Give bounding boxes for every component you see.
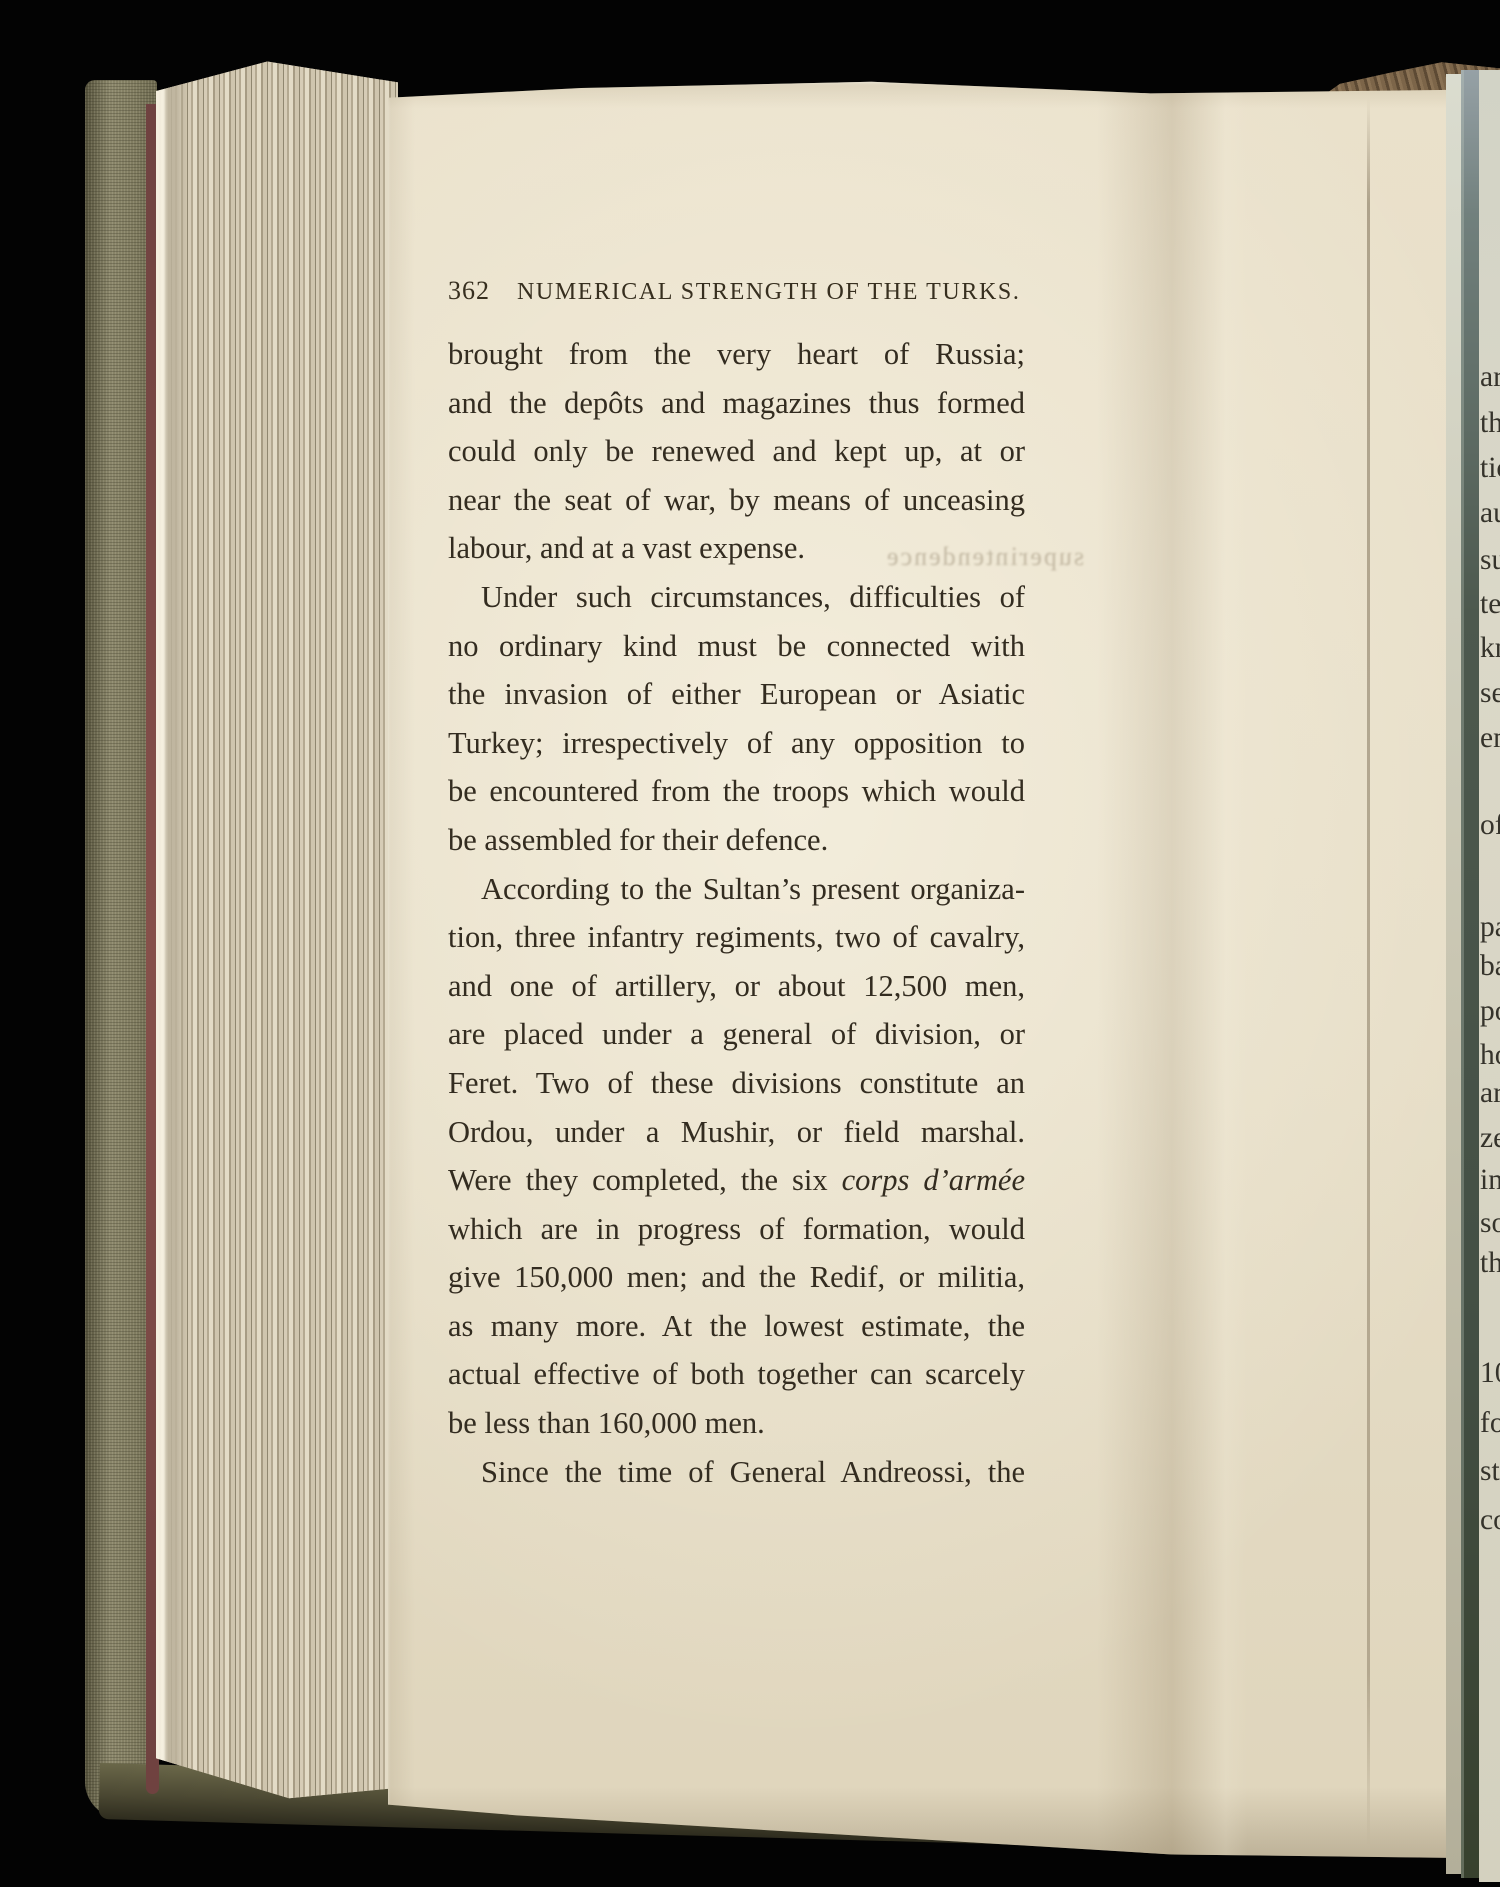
next-page-fragment: ser <box>1480 676 1500 710</box>
next-page-fragment: staf <box>1480 1454 1500 1488</box>
page-block-edge-light <box>1446 74 1462 1874</box>
text-line: brought from the very heart of Russia; <box>448 330 1025 379</box>
text-line: be assembled for their defence. <box>448 816 1025 865</box>
next-page-fragment: ticu <box>1480 451 1500 485</box>
next-page-fragment: the <box>1480 406 1500 440</box>
text-line: could only be renewed and kept up, at or <box>448 427 1025 476</box>
board-edge-dark <box>1461 70 1480 1878</box>
next-page-fragment: zer <box>1480 1121 1500 1155</box>
text-line: no ordinary kind must be connected with <box>448 622 1025 671</box>
next-page-fragment: kno <box>1480 631 1500 665</box>
text-line: the invasion of either European or Asiat… <box>448 670 1025 719</box>
italic-phrase: corps d’armée <box>842 1163 1025 1197</box>
next-page-fragment: son <box>1480 1206 1500 1240</box>
text-line: tion, three infantry regiments, two of c… <box>448 913 1025 962</box>
text-line: According to the Sultan’s present organi… <box>448 865 1025 914</box>
text-line: be encountered from the troops which wou… <box>448 767 1025 816</box>
text-line: Were they completed, the six corps d’arm… <box>448 1156 1025 1205</box>
text-line: and the depôts and magazines thus formed <box>448 379 1025 428</box>
next-page-fragment: par <box>1480 910 1500 944</box>
running-title: NUMERICAL STRENGTH OF THE TURKS. <box>517 279 1020 306</box>
text-line: which are in progress of formation, woul… <box>448 1205 1025 1254</box>
body-text: brought from the very heart of Russia; a… <box>448 330 1025 1496</box>
text-line: Under such circumstances, difficulties o… <box>448 573 1025 622</box>
text-line: and one of artillery, or about 12,500 me… <box>448 962 1025 1011</box>
photo-background: { "header": { "page_number": "362", "run… <box>0 0 1500 1887</box>
next-page-fragment: arti <box>1480 1076 1500 1110</box>
next-page-fragment: cons <box>1480 1503 1500 1537</box>
next-page-sliver: arti the ticu aut sup ten kno ser em of … <box>1479 70 1500 1882</box>
next-page-fragment: aut <box>1480 496 1500 530</box>
next-page-fragment: arti <box>1480 360 1500 394</box>
book-page: 362 NUMERICAL STRENGTH OF THE TURKS. sup… <box>388 80 1462 1858</box>
next-page-fragment: fou <box>1480 1406 1500 1440</box>
next-page-fragment: em <box>1480 721 1500 755</box>
next-page-fragment: how <box>1480 1038 1500 1072</box>
text-line: be less than 160,000 men. <box>448 1399 1025 1448</box>
text-line: are placed under a general of division, … <box>448 1010 1025 1059</box>
text-line: labour, and at a vast expense. <box>448 524 1025 573</box>
text-line: Since the time of General Andreossi, the <box>448 1448 1025 1497</box>
next-page-fragment: thre <box>1480 1246 1500 1280</box>
next-page-fragment: 109 <box>1480 1356 1500 1390</box>
text-line: Ordou, under a Mushir, or field marshal. <box>448 1108 1025 1157</box>
text-line: actual effective of both together can sc… <box>448 1350 1025 1399</box>
next-page-fragment: ten <box>1480 587 1500 621</box>
page-block-fore-edge <box>156 58 398 1800</box>
text-line: Turkey; irrespectively of any opposition… <box>448 719 1025 768</box>
next-page-fragment: inte <box>1480 1163 1500 1197</box>
next-page-fragment: sup <box>1480 543 1500 577</box>
text-line: as many more. At the lowest estimate, th… <box>448 1302 1025 1351</box>
text-line: near the seat of war, by means of unceas… <box>448 476 1025 525</box>
next-page-fragment: pou <box>1480 994 1500 1028</box>
page-number: 362 <box>448 276 490 306</box>
text-line: Feret. Two of these divisions constitute… <box>448 1059 1025 1108</box>
next-page-fragment: bat <box>1480 949 1500 983</box>
next-page-fragment: of <box>1480 808 1500 842</box>
running-header: 362 NUMERICAL STRENGTH OF THE TURKS. <box>448 276 1025 306</box>
gutter-crease <box>1367 98 1370 1848</box>
text-line: give 150,000 men; and the Redif, or mili… <box>448 1253 1025 1302</box>
